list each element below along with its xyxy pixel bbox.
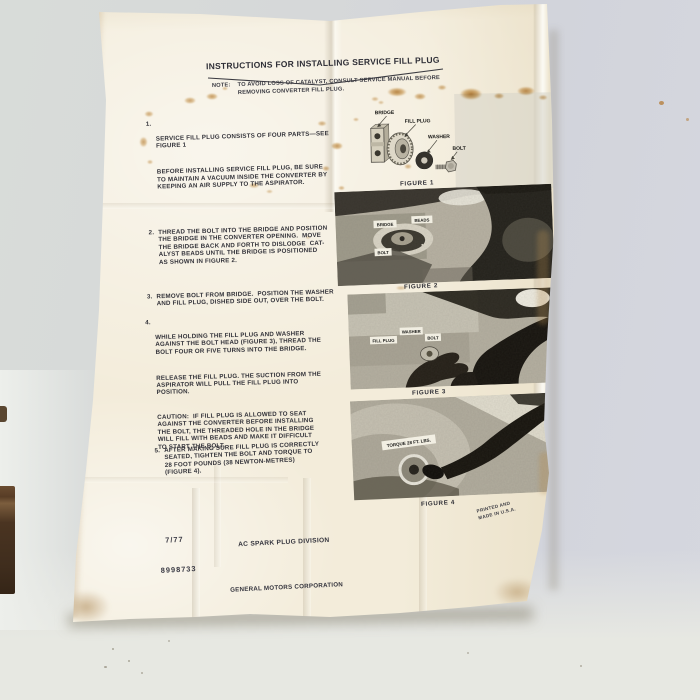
dust-speck — [128, 660, 130, 662]
footer-division: AC SPARK PLUG DIVISION — [228, 536, 340, 548]
step-3: 3. REMOVE BOLT FROM BRIDGE. POSITION THE… — [147, 289, 334, 309]
figure2-label-bolt: BOLT — [374, 248, 391, 256]
stain-mark — [146, 159, 154, 165]
stain-mark — [329, 141, 345, 151]
dust-speck — [686, 118, 689, 121]
step-4-number: 4. — [145, 319, 154, 466]
step-4-text: WHILE HOLDING THE FILL PLUG AND WASHER A… — [155, 330, 321, 357]
dust-speck — [467, 652, 469, 654]
stain-right-edge — [537, 230, 549, 325]
figure-1-caption: FIGURE 1 — [400, 179, 434, 187]
stain-mark — [352, 117, 360, 122]
figure-1-drawing: BRIDGE FILL PLUG WASHER BOLT — [339, 92, 556, 192]
step-2-text: THREAD THE BOLT INTO THE BRIDGE AND POSI… — [158, 225, 328, 267]
figure3-label-fill-plug: FILL PLUG — [370, 336, 397, 344]
dust-speck — [141, 672, 143, 674]
stain-mark — [204, 92, 220, 101]
stain-mark — [182, 96, 198, 105]
dust-speck — [580, 665, 582, 667]
fold-crease — [214, 463, 221, 567]
step-1-text: SERVICE FILL PLUG CONSISTS OF FOUR PARTS… — [156, 130, 330, 150]
figure-3-caption: FIGURE 3 — [412, 388, 446, 397]
svg-text:FILL PLUG: FILL PLUG — [372, 338, 395, 344]
step-1: 1. SERVICE FILL PLUG CONSISTS OF FOUR PA… — [146, 115, 331, 206]
figure1-label-bridge: BRIDGE — [375, 110, 395, 116]
figure3-label-bolt: BOLT — [425, 333, 441, 341]
stain-mark — [321, 165, 331, 172]
dust-speck — [104, 666, 107, 668]
dust-speck — [112, 648, 114, 650]
figure2-label-bridge: BRIDGE — [373, 220, 396, 228]
stain-mark — [337, 185, 346, 191]
svg-text:WASHER: WASHER — [402, 329, 422, 335]
stain-mark — [221, 86, 229, 91]
figure1-label-bolt: BOLT — [452, 146, 465, 152]
stain-mark — [436, 84, 448, 91]
photograph-scene: INSTRUCTIONS FOR INSTALLING SERVICE FILL… — [0, 0, 700, 700]
stain-mark — [492, 92, 506, 100]
figure3-label-washer: WASHER — [400, 327, 423, 335]
stain-mark — [138, 135, 149, 149]
figure-2-caption: FIGURE 2 — [404, 282, 438, 291]
svg-text:BOLT: BOLT — [427, 335, 439, 340]
footer-part-number-block: 7/77 8998733 — [158, 514, 198, 596]
stain-mark — [305, 235, 311, 240]
step-3-number: 3. — [147, 293, 153, 308]
figure1-label-washer: WASHER — [428, 134, 450, 140]
figure-3-photo: FILL PLUG WASHER BOLT — [347, 287, 554, 389]
svg-text:BOLT: BOLT — [377, 250, 389, 255]
figure-4-photo: TORQUE 28 FT. LBS. — [350, 393, 553, 501]
stain-mark — [394, 285, 408, 291]
wood-fragment — [0, 406, 7, 422]
stain-mark — [537, 94, 549, 101]
step-3-text: REMOVE BOLT FROM BRIDGE. POSITION THE WA… — [156, 289, 334, 309]
stain-mark — [384, 86, 410, 98]
figure-4-caption: FIGURE 4 — [421, 499, 456, 508]
fill-plug-part — [387, 133, 414, 165]
stain-mark — [247, 182, 261, 189]
dust-speck — [659, 101, 664, 105]
stain-mark — [377, 100, 385, 105]
fold-crease — [78, 477, 288, 483]
figure-2-photo: BRIDGE BEADS BOLT — [334, 184, 554, 286]
svg-text:BEADS: BEADS — [414, 217, 429, 223]
step-5: 5. AFTER MAKING SURE FILL PLUG IS CORREC… — [154, 441, 320, 478]
footer-company: GENERAL MOTORS CORPORATION — [230, 581, 342, 593]
step-4-text2: RELEASE THE FILL PLUG. THE SUCTION FROM … — [156, 370, 322, 397]
stain-mark — [514, 85, 538, 97]
bridge-part — [371, 124, 390, 162]
footer-date-code: 7/77 — [159, 534, 195, 546]
bolt-part — [435, 160, 456, 172]
washer-part — [416, 152, 433, 169]
screened-panel — [454, 92, 556, 190]
step-2-number: 2. — [149, 229, 156, 266]
wood-object — [0, 486, 15, 594]
figure1-label-fill-plug: FILL PLUG — [405, 118, 431, 124]
step-1-text2: BEFORE INSTALLING SERVICE FILL PLUG, BE … — [157, 163, 331, 191]
step-5-text: AFTER MAKING SURE FILL PLUG IS CORRECTLY… — [164, 441, 320, 477]
stain-mark — [456, 86, 486, 102]
stain-mark — [143, 110, 155, 118]
stain-mark — [412, 92, 428, 101]
step-5-number: 5. — [154, 447, 161, 477]
svg-text:BRIDGE: BRIDGE — [377, 222, 394, 228]
dust-speck — [168, 640, 170, 642]
stain-mark — [265, 189, 274, 194]
stain-mark — [403, 163, 413, 170]
footer-printed-note: PRINTED AND MADE IN U.S.A. — [476, 499, 517, 522]
step-2: 2. THREAD THE BOLT INTO THE BRIDGE AND P… — [149, 225, 329, 267]
stain-mark — [316, 120, 328, 127]
figure2-label-beads: BEADS — [411, 215, 432, 223]
footer-part-number: 8998733 — [161, 564, 197, 576]
